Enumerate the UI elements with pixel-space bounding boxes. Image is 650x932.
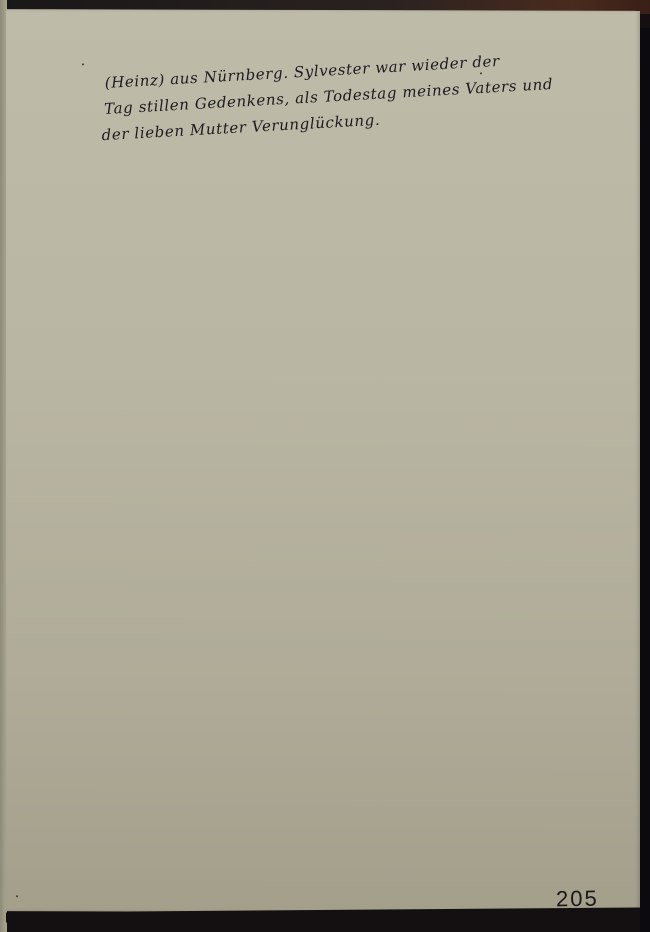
notebook-page bbox=[6, 9, 640, 913]
paper-speck bbox=[16, 895, 18, 897]
page-number: 205 bbox=[556, 886, 599, 913]
background-right bbox=[640, 28, 650, 932]
paper-speck bbox=[82, 63, 84, 65]
